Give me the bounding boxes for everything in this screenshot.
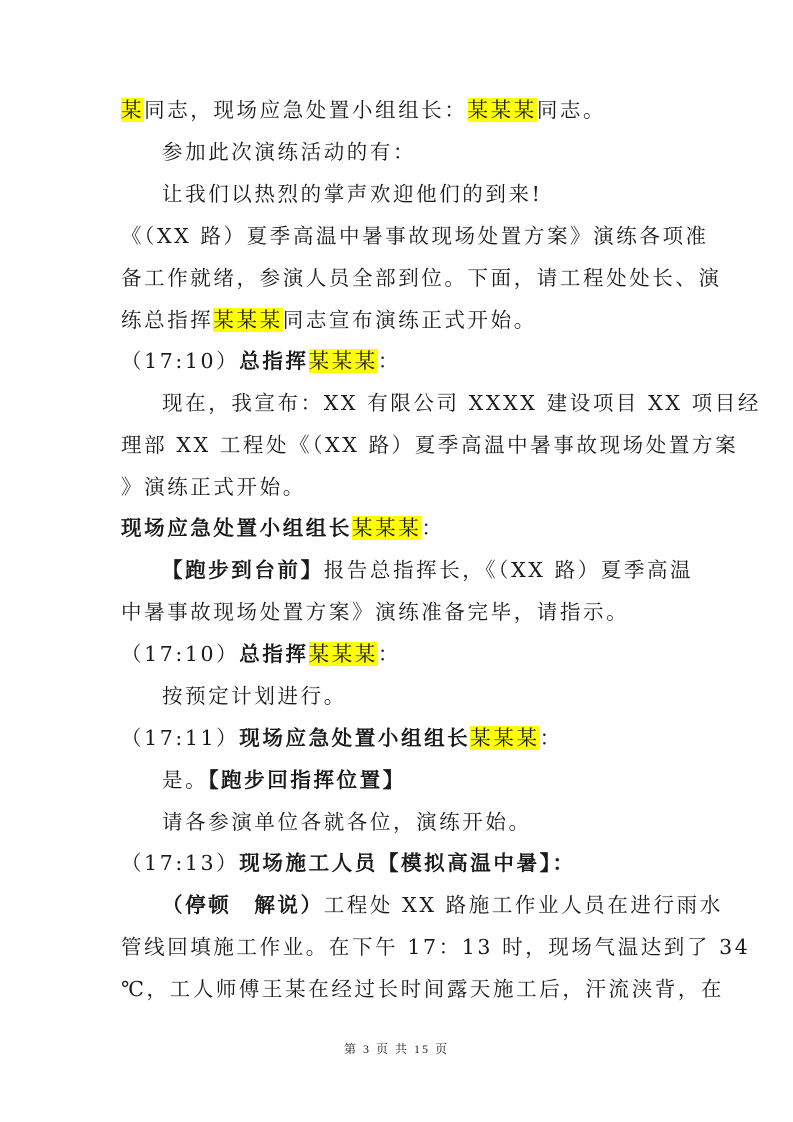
page-footer: 第 3 页 共 15 页 <box>0 1040 793 1057</box>
text-line: （17:13）现场施工人员【模拟高温中暑】： <box>121 843 576 883</box>
text-line: （17:11）现场应急处置小组组长某某某： <box>121 718 563 758</box>
text-line: 备工作就绪，参演人员全部到位。下面，请工程处处长、演 <box>121 258 722 298</box>
text-run: 现在，我宣布：XX 有限公司 XXXX 建设项目 XX 项目经 <box>162 391 761 415</box>
text-line: （停顿 解说）工程处 XX 路施工作业人员在进行雨水 <box>162 885 723 925</box>
text-line: 请各参演单位各就各位，演练开始。 <box>162 802 532 842</box>
highlighted-name: 某某某 <box>309 349 378 373</box>
text-line: 某同志，现场应急处置小组组长：某某某同志。 <box>121 90 606 130</box>
text-run: （17:10） <box>121 642 239 666</box>
text-run: ： <box>421 516 444 540</box>
text-run: 管线回填施工作业。在下午 17：13 时，现场气温达到了 34 <box>121 935 750 959</box>
bold-text: 总指挥 <box>239 349 308 373</box>
text-line: 现在，我宣布：XX 有限公司 XXXX 建设项目 XX 项目经 <box>162 383 761 423</box>
highlighted-name: 某 <box>121 98 144 122</box>
text-run: （17:13） <box>121 851 239 875</box>
text-line: 》演练正式开始。 <box>121 467 306 507</box>
text-line: 是。【跑步回指挥位置】 <box>162 760 406 800</box>
text-run: 备工作就绪，参演人员全部到位。下面，请工程处处长、演 <box>121 266 722 290</box>
text-run: 同志。 <box>537 98 606 122</box>
text-run: 请各参演单位各就各位，演练开始。 <box>162 810 532 834</box>
highlighted-name: 某某某 <box>352 516 421 540</box>
text-line: （17:10）总指挥某某某： <box>121 634 401 674</box>
text-line: 【跑步到台前】报告总指挥长，《（XX 路）夏季高温 <box>162 550 693 590</box>
bold-text: 总指挥 <box>239 642 308 666</box>
highlighted-name: 某某某 <box>468 98 537 122</box>
text-run: 同志，现场应急处置小组组长： <box>144 98 467 122</box>
text-line: 现场应急处置小组组长某某某： <box>121 508 444 548</box>
text-line: 按预定计划进行。 <box>162 676 347 716</box>
text-run: （17:10） <box>121 349 239 373</box>
text-run: 报告总指挥长，《（XX 路）夏季高温 <box>324 558 694 582</box>
text-run: 理部 XX 工程处《（XX 路）夏季高温中暑事故现场处置方案 <box>121 433 738 457</box>
bold-text: 【跑步回指挥位置】 <box>208 768 406 792</box>
text-run: （17:11） <box>121 726 239 750</box>
text-run: 工程处 XX 路施工作业人员在进行雨水 <box>324 893 723 917</box>
text-line: 练总指挥某某某同志宣布演练正式开始。 <box>121 300 537 340</box>
bold-text: （停顿 解说） <box>162 893 324 917</box>
text-line: 中暑事故现场处置方案》演练准备完毕，请指示。 <box>121 592 629 632</box>
highlighted-name: 某某某 <box>309 642 378 666</box>
text-run: 参加此次演练活动的有： <box>162 140 416 164</box>
text-run: 中暑事故现场处置方案》演练准备完毕，请指示。 <box>121 600 629 624</box>
bold-text: 现场应急处置小组组长 <box>239 726 470 750</box>
text-line: 管线回填施工作业。在下午 17：13 时，现场气温达到了 34 <box>121 927 750 967</box>
text-run: ： <box>540 726 563 750</box>
text-line: 《（XX 路）夏季高温中暑事故现场处置方案》演练各项准 <box>121 216 709 256</box>
text-run: 练总指挥 <box>121 308 213 332</box>
bold-text: 现场应急处置小组组长 <box>121 516 352 540</box>
text-run: ： <box>378 349 401 373</box>
text-line: ℃，工人师傅王某在经过长时间露天施工后，汗流浃背，在 <box>121 969 724 1009</box>
bold-text: 现场施工人员 <box>239 851 378 875</box>
text-line: （17:10）总指挥某某某： <box>121 341 401 381</box>
text-line: 参加此次演练活动的有： <box>162 132 416 172</box>
text-run: 让我们以热烈的掌声欢迎他们的到来! <box>162 182 542 206</box>
highlighted-name: 某某某 <box>470 726 539 750</box>
text-run: 《（XX 路）夏季高温中暑事故现场处置方案》演练各项准 <box>121 224 709 248</box>
text-run: 按预定计划进行。 <box>162 684 347 708</box>
highlighted-name: 某某某 <box>213 308 282 332</box>
text-run: 同志宣布演练正式开始。 <box>283 308 537 332</box>
text-run: 》演练正式开始。 <box>121 475 306 499</box>
bold-text: 【跑步到台前】 <box>162 558 324 582</box>
text-line: 理部 XX 工程处《（XX 路）夏季高温中暑事故现场处置方案 <box>121 425 738 465</box>
text-line: 让我们以热烈的掌声欢迎他们的到来! <box>162 174 542 214</box>
text-run: ℃，工人师傅王某在经过长时间露天施工后，汗流浃背，在 <box>121 977 724 1001</box>
bold-text: 【模拟高温中暑】： <box>378 851 576 875</box>
text-run: 是。 <box>162 768 208 792</box>
document-page: 某同志，现场应急处置小组组长：某某某同志。参加此次演练活动的有：让我们以热烈的掌… <box>0 0 793 1122</box>
text-run: ： <box>378 642 401 666</box>
